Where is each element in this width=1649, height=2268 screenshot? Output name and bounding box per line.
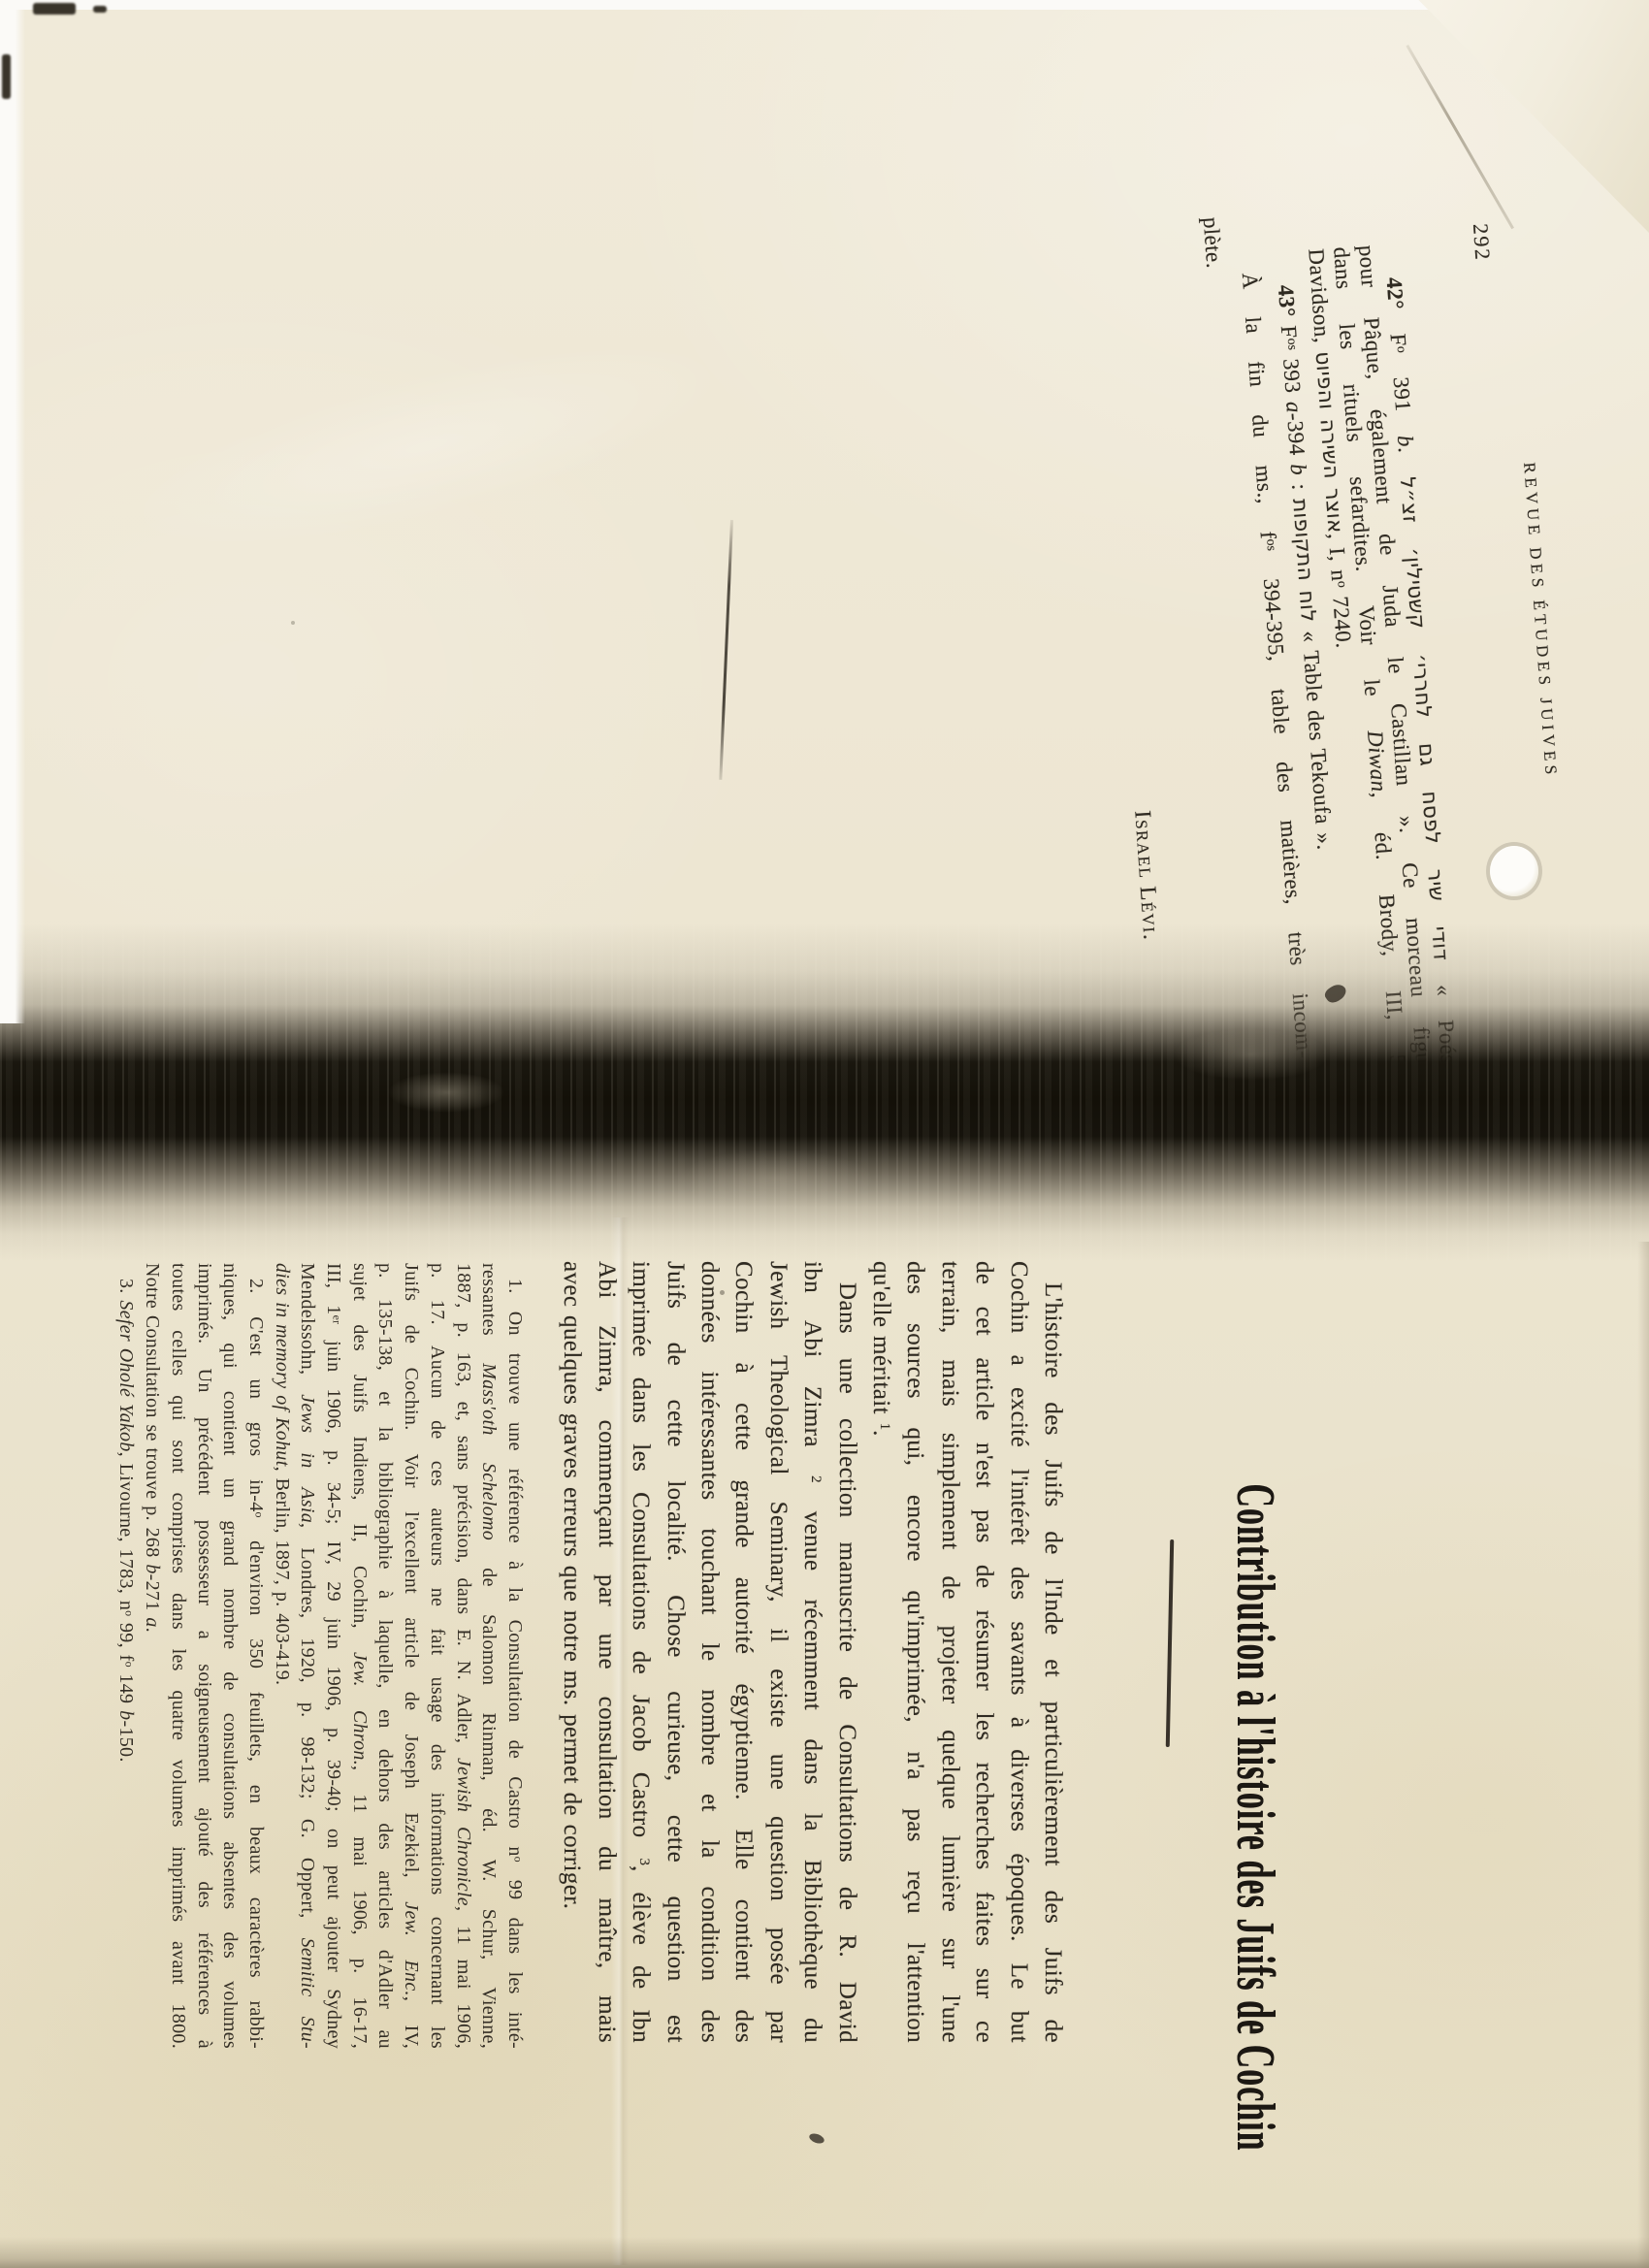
footnote-line: 2. C'est un gros in-4o d'environ 350 feu… [242, 1263, 269, 2049]
scanner-edge-left [0, 0, 25, 1023]
article-footnotes: 1. On trouve une référence à la Consulta… [113, 1263, 528, 2049]
gutter-blotch [388, 1072, 504, 1113]
page-article-cochin: Contribution à l'histoire des Juifs de C… [0, 1203, 1649, 2268]
scan-shadow-right [1637, 1242, 1649, 2268]
article-title-text: Contribution à l'histoire des Juifs de C… [1224, 1483, 1286, 2151]
footnote-line: 1. On trouve une référence à la Consulta… [501, 1263, 528, 2049]
body-line: avec quelques graves erreurs que notre m… [555, 1261, 589, 2043]
gutter-blotch [1174, 1028, 1329, 1081]
footnote-line: Mendelssohn, Jews in Asia, Londres, 1920… [295, 1263, 321, 2049]
body-line: Dans une collection manuscrite de Consul… [829, 1261, 863, 2043]
footnote-line: imprimés. Un précédent possesseur a soig… [191, 1263, 217, 2049]
ink-fleck [720, 1290, 725, 1295]
scanned-journal-page: 292 REVUE DES ÉTUDES JUIVES 42° Fo 391 b… [0, 0, 1649, 2268]
footnote-line: ressantes Mass'oth Schelomo de Salomon R… [476, 1263, 502, 2049]
corner-smudge [33, 3, 76, 15]
scanner-edge-top [0, 0, 1649, 10]
footnote-line: III, 1er juin 1906, p. 34-5; IV, 29 juin… [320, 1263, 346, 2049]
punch-hole [1490, 846, 1538, 896]
body-line: Juifs de cette localité. Chose curieuse,… [658, 1261, 692, 2043]
body-line: qu'elle méritait 1. [864, 1261, 898, 2043]
footnote-line: Notre Consultation se trouve p. 268 b-27… [139, 1263, 165, 2049]
body-line: terrain, mais simplement de projeter que… [932, 1261, 966, 2043]
corner-smudge [2, 54, 11, 99]
corner-smudge [93, 6, 107, 13]
body-line: L'histoire des Juifs de l'Inde et partic… [1036, 1261, 1070, 2043]
body-line: données intéressantes touchant le nombre… [693, 1261, 727, 2043]
page-number: 292 [1468, 223, 1496, 263]
footnote-line: p. 135-138, et la bibliographie à laquel… [372, 1263, 399, 2049]
title-divider-rule [1166, 1539, 1174, 1747]
gutter-blotch [679, 1150, 873, 1208]
body-line: des sources qui, encore qu'imprimée, n'a… [898, 1261, 932, 2043]
body-line: Cochin a excité l'intérêt des savants à … [1001, 1261, 1035, 2043]
footnote-line: Juifs de Cochin. Voir l'excellent articl… [398, 1263, 424, 2049]
footnote-line: niques, qui contient un grand nombre de … [217, 1263, 243, 2049]
footnote-line: sujet des Juifs Indiens, II, Cochin, Jew… [346, 1263, 372, 2049]
footnote-line: 3. Sefer Oholé Yakob, Livourne, 1783, no… [113, 1263, 140, 2049]
body-line: Jewish Theological Seminary, il existe u… [760, 1261, 794, 2043]
body-line: de cet article n'est pas de résumer les … [967, 1261, 1001, 2043]
footnote-line: toutes celles qui sont comprises dans le… [165, 1263, 191, 2049]
body-line: Abi Zimra, commençant par une consultati… [589, 1261, 623, 2043]
ink-fleck [291, 621, 295, 625]
article-body: L'histoire des Juifs de l'Inde et partic… [555, 1261, 1070, 2043]
body-line: ibn Abi Zimra 2 venue récemment dans la … [795, 1261, 829, 2043]
article-title: Contribution à l'histoire des Juifs de C… [1224, 1261, 1286, 2047]
body-line: imprimée dans les Consultations de Jacob… [624, 1261, 658, 2043]
scan-shadow-bottom [0, 2237, 1649, 2268]
footnote-line: 1887, p. 163, et, sans précision, dans E… [450, 1263, 476, 2049]
footnote-line: dies in memory of Kohut, Berlin, 1897, p… [269, 1263, 295, 2049]
body-line: Cochin à cette grande autorité égyptienn… [727, 1261, 760, 2043]
footnote-line: p. 17. Aucun de ces auteurs ne fait usag… [424, 1263, 450, 2049]
